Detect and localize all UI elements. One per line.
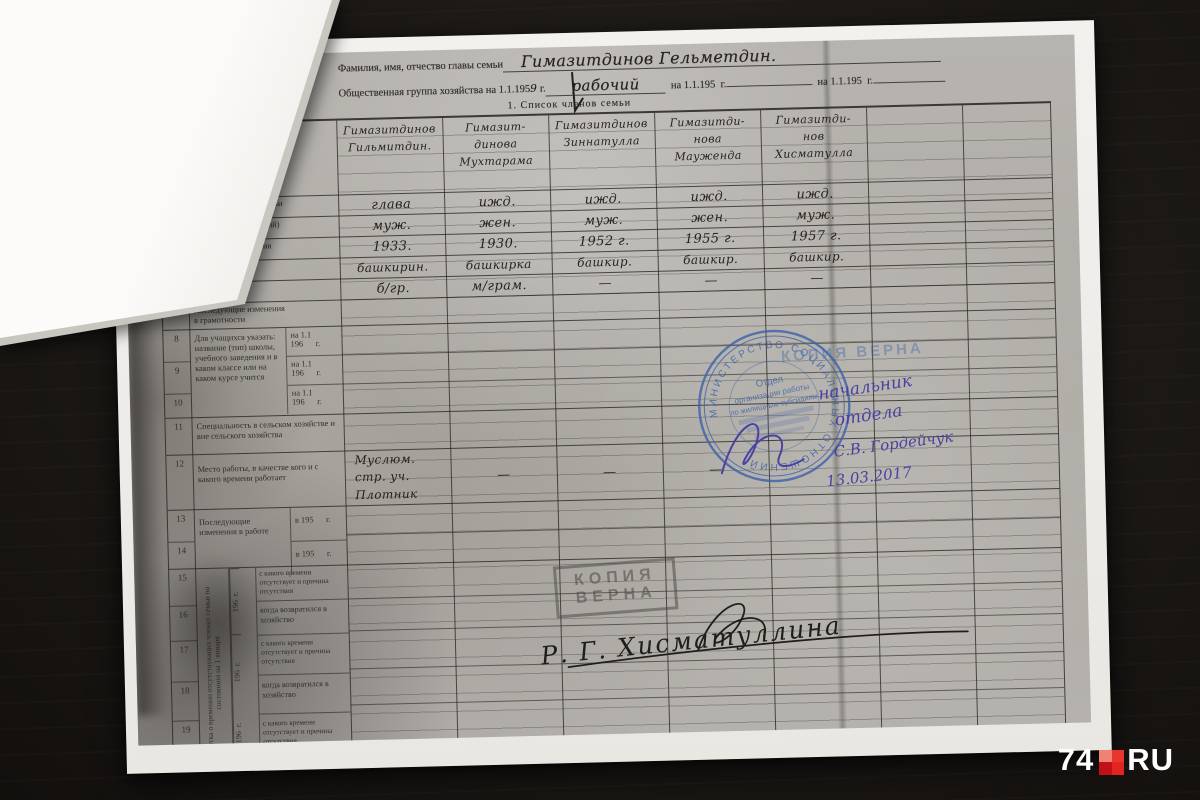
empty-cell — [966, 262, 1054, 284]
watermark-red-square — [1099, 750, 1124, 775]
watermark-square-tr — [1112, 750, 1125, 763]
empty-cell — [964, 178, 1052, 200]
member-value: жен. — [444, 211, 550, 234]
member-value: — — [658, 269, 764, 292]
photo-background: Лицевой счет №8 Фамилия, имя, отчество г… — [0, 0, 1200, 800]
empty-cell — [874, 436, 971, 492]
empty-cell — [873, 399, 970, 437]
empty-cell — [449, 409, 556, 448]
empty-cell — [658, 290, 765, 318]
member-name: Гимазит- динова Мухтарама — [442, 115, 550, 192]
member-value: 1952 г. — [551, 230, 657, 253]
folded-paper-sheet — [0, 0, 430, 370]
empty-cell — [870, 264, 966, 286]
empty-cell — [767, 402, 874, 441]
member-value: жен. — [656, 206, 762, 229]
member-value: башкир. — [657, 248, 763, 271]
member-value: 1957 г. — [763, 225, 869, 248]
member-value: муж. — [550, 209, 656, 232]
underline-gap-2 — [873, 81, 945, 84]
toner-smudge-bottom — [135, 520, 300, 724]
member-value: ижд. — [550, 188, 656, 211]
member-value — [768, 439, 875, 496]
year-cell: на 1.1 196 г. — [287, 385, 344, 414]
group-year-digit: 9 — [530, 83, 537, 95]
empty-cell — [970, 434, 1059, 490]
folded-paper-corner — [0, 0, 430, 370]
empty-cell — [764, 288, 871, 316]
empty-cell — [866, 105, 964, 181]
watermark-square-br — [1112, 762, 1125, 775]
watermark-square-tl — [1099, 750, 1112, 763]
member-value: — — [556, 444, 663, 501]
member-name: Гимазитди- нов Хисматулла — [760, 108, 868, 185]
empty-cell — [969, 397, 1058, 435]
empty-cell — [965, 220, 1053, 242]
watermark-number: 74 — [1058, 742, 1094, 778]
group-value: рабочий — [545, 75, 665, 97]
empty-cell — [869, 243, 965, 265]
underline-gap-1 — [726, 84, 812, 87]
empty-cell — [447, 295, 554, 323]
empty-cell — [965, 241, 1053, 263]
member-value: ижд. — [762, 183, 868, 206]
row-label: Специальность в сельском хозяйстве и вне… — [191, 415, 344, 455]
member-value: 1930. — [445, 232, 551, 255]
empty-cell — [964, 199, 1052, 221]
member-value: м/грам. — [446, 274, 552, 297]
member-value: башкир. — [551, 251, 657, 274]
empty-cell — [869, 222, 965, 244]
member-value: — — [552, 272, 658, 295]
member-value: ижд. — [444, 190, 550, 213]
absence-group: 15 16 17 18 19 20 Отметка о временно отс… — [169, 548, 1065, 746]
year-subcolumn: в 195 г. в 195 г. — [290, 507, 348, 575]
member-name: Гимазитдинов Зиннатулла — [548, 113, 656, 190]
empty-cell — [870, 285, 967, 312]
row-number: 12 — [166, 455, 193, 510]
site-watermark: 74 RU — [1058, 742, 1174, 778]
empty-cell — [343, 412, 450, 451]
year-cell: в 195 г. — [290, 507, 347, 542]
member-value: башкир. — [763, 246, 869, 269]
member-value: башкирка — [446, 253, 552, 276]
member-value: Муслюм. стр. уч. Плотник — [344, 449, 451, 506]
member-value: — — [662, 441, 769, 498]
empty-cell — [661, 404, 768, 443]
row-number: 11 — [165, 418, 192, 455]
member-value: ижд. — [656, 185, 762, 208]
empty-cell — [966, 283, 1055, 310]
row-label: Место работы, в качестве кого и с какого… — [192, 452, 345, 510]
member-name: Гимазитди- нова Мауженда — [654, 110, 762, 187]
empty-cell — [868, 201, 964, 223]
year-g-3: г. — [867, 75, 873, 86]
watermark-square-bl — [1099, 762, 1112, 775]
member-value: — — [450, 446, 557, 503]
year-g-2: г. — [720, 79, 726, 90]
empty-cell — [555, 407, 662, 446]
empty-cell — [962, 103, 1052, 179]
member-value: муж. — [762, 204, 868, 227]
empty-cell — [868, 180, 964, 202]
group-data-area — [347, 548, 1066, 746]
watermark-tld: RU — [1127, 742, 1174, 778]
empty-cell — [553, 293, 660, 321]
row-number: 19 — [173, 721, 200, 745]
member-value: — — [764, 267, 870, 290]
head-of-family-value: Гимазитдинов Гельметдин. — [503, 42, 941, 73]
on-date-2-label: на 1.1.195 — [671, 79, 716, 91]
member-value: 1955 г. — [657, 227, 763, 250]
